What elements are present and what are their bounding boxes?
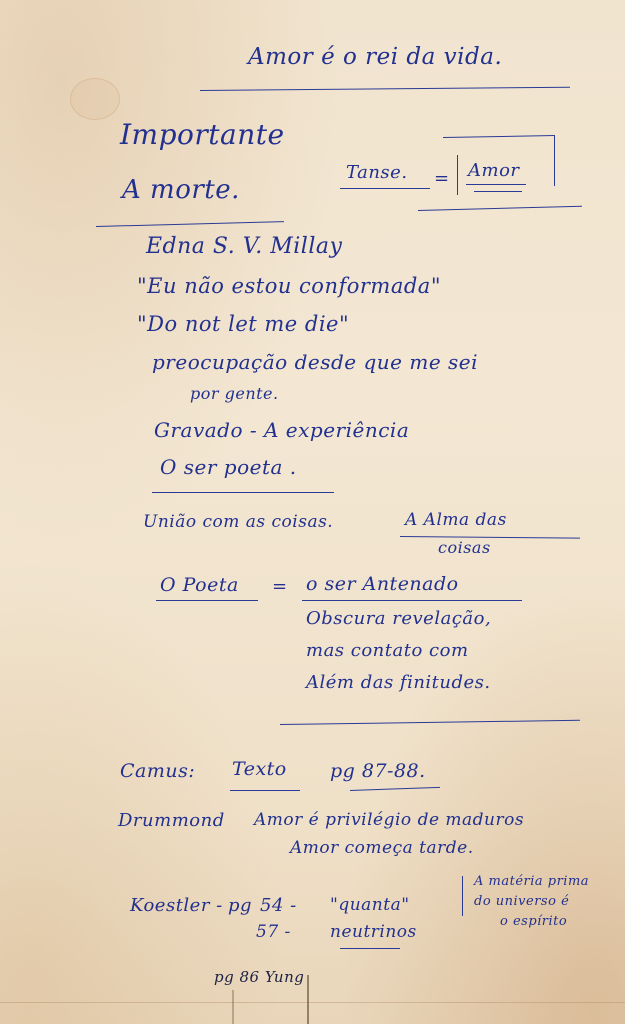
heading-underline: [96, 221, 284, 227]
equation-right-underline: [466, 184, 526, 185]
title-underline: [200, 87, 570, 91]
line-millay: Edna S. V. Millay: [146, 234, 342, 259]
page-title: Amor é o rei da vida.: [248, 44, 502, 70]
section-divider: [280, 720, 580, 725]
camus-pages: pg 87-88.: [330, 760, 426, 782]
koestler-page-2: 57 -: [256, 922, 291, 942]
equation-left: Tanse.: [346, 162, 408, 183]
paper-tear: [307, 975, 309, 1024]
poet-definition-underline: [302, 600, 522, 601]
box-right-bar: [554, 136, 555, 186]
poet-line-2: mas contato com: [306, 640, 469, 661]
poet-label-underline: [156, 600, 258, 601]
koestler-note-1: A matéria prima: [474, 874, 589, 889]
camus-pages-underline: [350, 787, 440, 791]
drummond-line-2: Amor começa tarde.: [290, 838, 474, 858]
ser-poeta-underline: [152, 492, 334, 493]
camus-label: Texto: [232, 758, 287, 780]
koestler-author: Koestler -: [130, 895, 223, 916]
union-highlight-cont: coisas: [438, 538, 491, 557]
paper-stain: [70, 78, 120, 120]
equation-equals: =: [434, 168, 450, 189]
box-bottom-line: [418, 206, 582, 211]
line-por-gente: por gente.: [190, 384, 279, 403]
drummond-line-1: Amor é privilégio de maduros: [254, 810, 524, 830]
line-preocupacao: preocupação desde que me sei: [152, 350, 478, 374]
note-divider-bar: [462, 876, 463, 916]
koestler-pg-label: pg: [228, 895, 252, 916]
koestler-page-1: 54 -: [260, 895, 297, 916]
camus-label-underline: [230, 790, 300, 791]
box-top-line: [443, 135, 555, 138]
poet-equals: =: [272, 576, 288, 597]
paper-fold: [0, 1002, 625, 1003]
poet-label: O Poeta: [160, 574, 239, 596]
line-conformada: "Eu não estou conformada": [137, 274, 441, 298]
equation-right: Amor: [468, 160, 520, 181]
heading-importante: Importante: [120, 118, 285, 151]
poet-line-1: Obscura revelação,: [306, 608, 491, 629]
paper-tear: [232, 990, 234, 1024]
heading-a-morte: A morte.: [122, 175, 240, 205]
manuscript-page: Amor é o rei da vida. Importante A morte…: [0, 0, 625, 1024]
equation-right-underline-2: [474, 191, 522, 192]
poet-line-3: Além das finitudes.: [306, 672, 491, 693]
koestler-note-2: do universo é: [474, 894, 569, 909]
line-do-not-let-me-die: "Do not let me die": [137, 312, 349, 336]
footer-note: pg 86 Yung: [214, 968, 304, 986]
union-text: União com as coisas.: [143, 512, 333, 532]
equation-left-underline: [340, 188, 430, 189]
line-ser-poeta: O ser poeta .: [160, 455, 297, 479]
line-gravado: Gravado - A experiência: [154, 418, 409, 442]
camus-author: Camus:: [120, 760, 195, 782]
koestler-term-2: neutrinos: [330, 922, 417, 942]
poet-definition: o ser Antenado: [306, 573, 459, 595]
koestler-term-1: "quanta": [330, 895, 410, 915]
box-left-bar: [457, 155, 458, 195]
koestler-term-2-underline: [340, 948, 400, 949]
drummond-author: Drummond: [118, 810, 225, 831]
union-highlight: A Alma das: [405, 510, 507, 530]
koestler-note-3: o espírito: [500, 914, 567, 929]
